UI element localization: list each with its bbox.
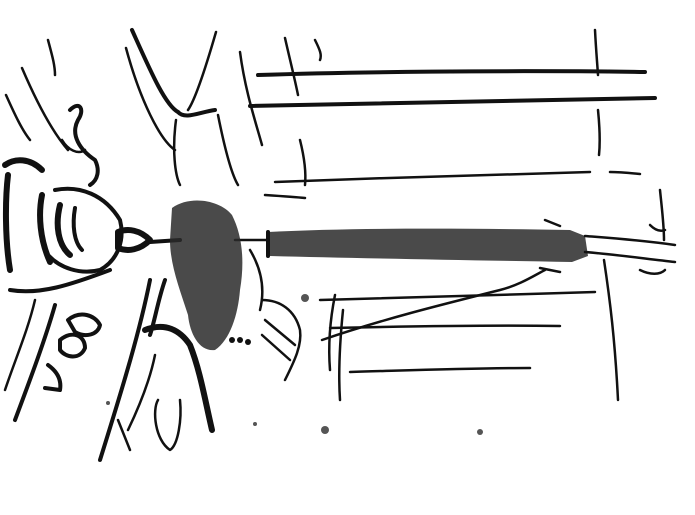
ink-sketch xyxy=(0,0,695,515)
horizontal-strokes xyxy=(250,71,655,372)
background-strokes xyxy=(6,30,664,400)
dark-mass xyxy=(170,201,300,380)
